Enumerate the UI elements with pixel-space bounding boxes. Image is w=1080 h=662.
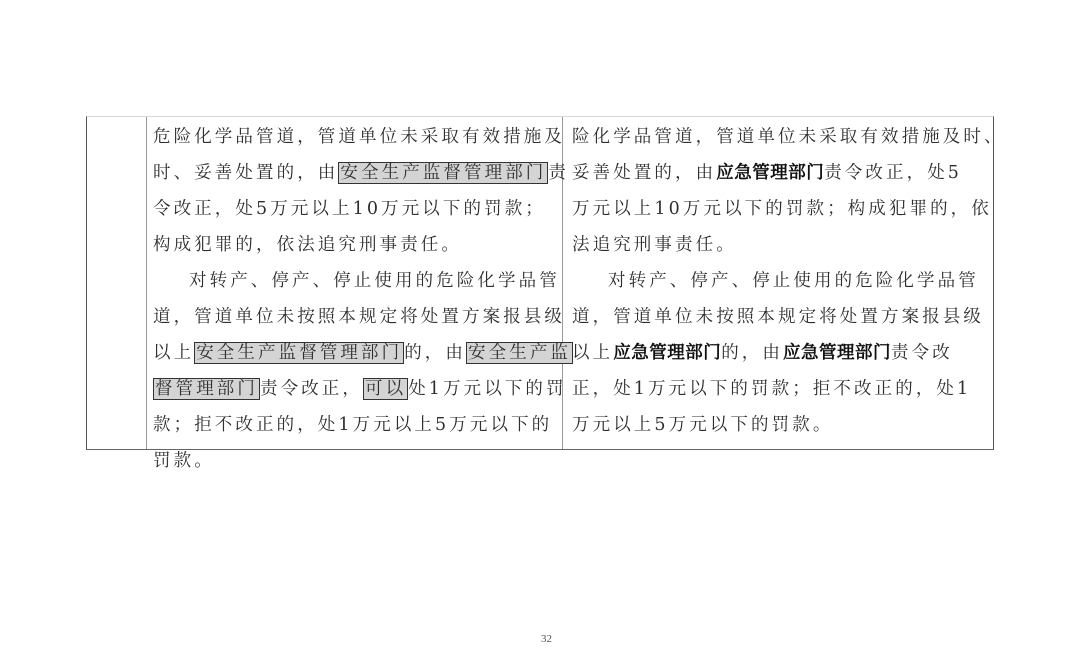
original-line: 危险化学品管道，管道单位未采取有效措施及 [153,119,573,155]
text-run: 法追究刑事责任。 [572,235,737,255]
text-run: 万元以上10万元以下的罚款；构成犯罪的，依 [572,199,992,219]
original-line: 令改正，处5万元以上10万元以下的罚款； [153,191,573,227]
revised-text-block: 险化学品管道，管道单位未采取有效措施及时、 妥善处置的，由应急管理部门责令改正，… [572,119,1005,443]
original-line: 道，管道单位未按照本规定将处置方案报县级 [153,299,573,335]
text-run: 妥善处置的，由 [572,163,716,183]
text-run: 令改正，处5万元以上10万元以下的罚款； [153,199,546,219]
text-run: 处1万元以下的罚 [408,379,566,399]
revised-line: 正，处1万元以下的罚款；拒不改正的，处1 [572,371,1005,407]
original-line: 以上安全生产监督管理部门的，由安全生产监 [153,335,573,371]
revised-line: 妥善处置的，由应急管理部门责令改正，处5 [572,155,1005,191]
revised-line: 法追究刑事责任。 [572,227,1005,263]
original-text-block: 危险化学品管道，管道单位未采取有效措施及 时、妥善处置的，由安全生产监督管理部门… [153,119,573,479]
page-number: 32 [541,633,552,645]
original-line: 对转产、停产、停止使用的危险化学品管 [153,263,573,299]
text-run: 的，由 [721,343,783,363]
highlighted-term: 安全生产监 [466,342,573,364]
revised-line: 万元以上5万元以下的罚款。 [572,407,1005,443]
text-run: 万元以上5万元以下的罚款。 [572,415,833,435]
text-run: 以上 [572,343,613,363]
text-run: 危险化学品管道，管道单位未采取有效措施及 [153,127,565,147]
comparison-table: 危险化学品管道，管道单位未采取有效措施及 时、妥善处置的，由安全生产监督管理部门… [86,116,994,450]
highlighted-term: 督管理部门 [153,378,260,400]
revised-line: 对转产、停产、停止使用的危险化学品管 [572,263,1005,299]
highlighted-term: 可以 [363,378,408,400]
text-run: 对转产、停产、停止使用的危险化学品管 [189,271,560,291]
text-run: 时、妥善处置的，由 [153,163,338,183]
text-run: 对转产、停产、停止使用的危险化学品管 [608,271,979,291]
revised-text-column: 险化学品管道，管道单位未采取有效措施及时、 妥善处置的，由应急管理部门责令改正，… [563,117,993,449]
text-run: 道，管道单位未按照本规定将处置方案报县级 [572,307,984,327]
bold-term: 应急管理部门 [613,343,721,363]
original-line: 时、妥善处置的，由安全生产监督管理部门责 [153,155,573,191]
revised-line: 道，管道单位未按照本规定将处置方案报县级 [572,299,1005,335]
bold-term: 应急管理部门 [783,343,891,363]
original-line: 督管理部门责令改正，可以处1万元以下的罚 [153,371,573,407]
revised-line: 以上应急管理部门的，由应急管理部门责令改 [572,335,1005,371]
text-run: 道，管道单位未按照本规定将处置方案报县级 [153,307,565,327]
text-run: 责令改正， [260,379,363,399]
text-run: 的，由 [404,343,466,363]
original-line: 罚款。 [153,443,573,479]
text-run: 责令改正，处5 [824,163,962,183]
original-line: 款；拒不改正的，处1万元以上5万元以下的 [153,407,573,443]
revised-line: 万元以上10万元以下的罚款；构成犯罪的，依 [572,191,1005,227]
document-page: 危险化学品管道，管道单位未采取有效措施及 时、妥善处置的，由安全生产监督管理部门… [0,0,1080,662]
text-run: 以上 [153,343,194,363]
text-run: 险化学品管道，管道单位未采取有效措施及时、 [572,127,1005,147]
text-run: 责令改 [891,343,953,363]
index-column [87,117,147,449]
highlighted-term: 安全生产监督管理部门 [194,342,404,364]
text-run: 正，处1万元以下的罚款；拒不改正的，处1 [572,379,971,399]
original-text-column: 危险化学品管道，管道单位未采取有效措施及 时、妥善处置的，由安全生产监督管理部门… [147,117,563,449]
text-run: 构成犯罪的，依法追究刑事责任。 [153,235,462,255]
text-run: 罚款。 [153,451,215,471]
highlighted-term: 安全生产监督管理部门 [338,162,548,184]
text-run: 款；拒不改正的，处1万元以上5万元以下的 [153,415,552,435]
revised-line: 险化学品管道，管道单位未采取有效措施及时、 [572,119,1005,155]
original-line: 构成犯罪的，依法追究刑事责任。 [153,227,573,263]
bold-term: 应急管理部门 [716,163,824,183]
